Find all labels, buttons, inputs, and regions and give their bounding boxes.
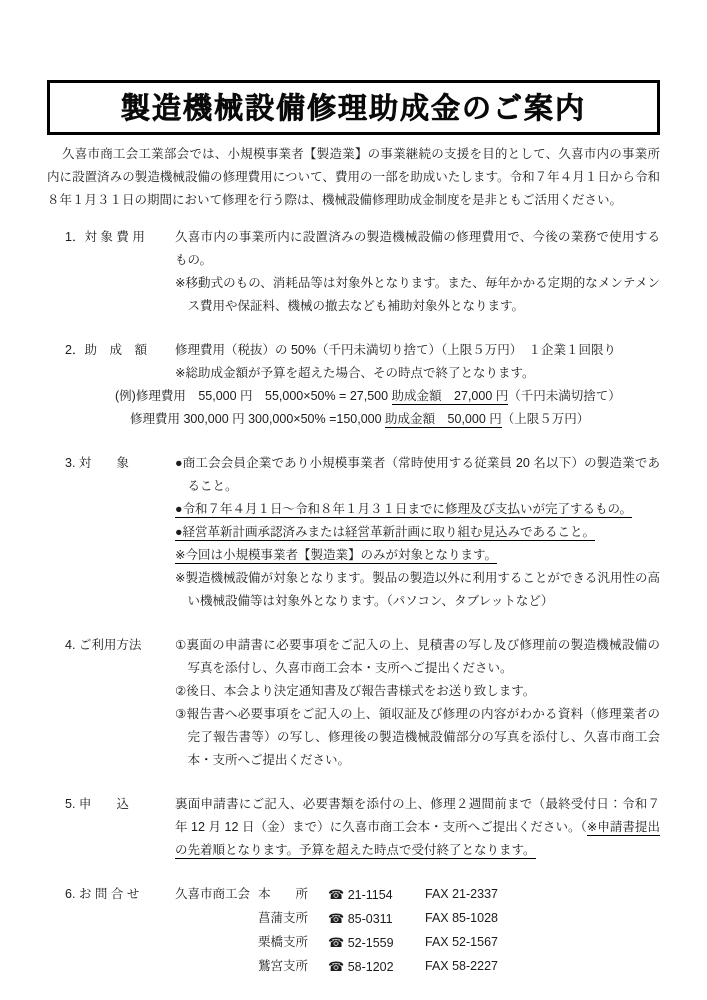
office-telephone: ☎ 21-1154 (328, 883, 425, 907)
fax-label: FAX (425, 887, 449, 901)
contact-organization-spacer (175, 931, 258, 955)
intro-paragraph: 久喜市商工会工業部会では、小規模事業者【製造業】の事業継続の支援を目的として、久… (47, 143, 660, 212)
eligibility-item-member: ●商工会会員企業であり小規模事業者（常時使用する従業員 20 名以下）の製造業で… (175, 452, 660, 498)
section-application: 5. 申 込 裏面申請書にご記入、必要書類を添付の上、修理２週間前まで（最終受付… (47, 793, 660, 862)
office-name: 本 所 (258, 883, 328, 907)
office-fax: FAX 21-2337 (425, 883, 660, 907)
section-subsidy-amount: 2．助 成 額 修理費用（税抜）の 50%（千円未満切り捨て）（上限５万円） １… (47, 339, 660, 431)
example-1-remark: （千円未満切捨て） (508, 389, 621, 403)
fax-label: FAX (425, 959, 449, 973)
fax-number: 21-2337 (452, 887, 498, 901)
contact-row-kurihashi-branch: 栗橋支所 ☎ 52-1559 FAX 52-1567 (175, 931, 660, 955)
fax-number: 85-1028 (452, 911, 498, 925)
telephone-number: 85-0311 (348, 912, 393, 926)
office-name: 菖蒲支所 (258, 907, 328, 931)
contact-organization-spacer (175, 955, 258, 979)
subsidy-example-1: (例)修理費用 55,000 円 55,000×50% = 27,500 助成金… (115, 385, 660, 408)
subsidy-rate-line: 修理費用（税抜）の 50%（千円未満切り捨て）（上限５万円） １企業１回限り (175, 339, 660, 362)
section-subsidy-amount-content: 修理費用（税抜）の 50%（千円未満切り捨て）（上限５万円） １企業１回限り ※… (175, 339, 660, 431)
phone-icon: ☎ (328, 959, 344, 974)
office-name: 鷲宮支所 (258, 955, 328, 979)
how-to-use-step-1: ①裏面の申請書に必要事項をご記入の上、見積書の写し及び修理前の製造機械設備の写真… (175, 634, 660, 680)
contact-row-shobu-branch: 菖蒲支所 ☎ 85-0311 FAX 85-1028 (175, 907, 660, 931)
fax-label: FAX (425, 911, 449, 925)
section-target-expenses: 1．対 象 費 用 久喜市内の事業所内に設置済みの製造機械設備の修理費用で、今後… (47, 226, 660, 318)
office-fax: FAX 85-1028 (425, 907, 660, 931)
section-eligibility-label: 3. 対 象 (47, 452, 175, 613)
example-2-remark: （上限５万円） (502, 412, 590, 426)
example-2-subsidy-amount: 助成金額 50,000 円 (385, 412, 502, 428)
telephone-number: 52-1559 (348, 936, 394, 950)
example-2-calculation: 修理費用 300,000 円 300,000×50% =150,000 (130, 412, 385, 426)
subsidy-example-2: 修理費用 300,000 円 300,000×50% =150,000 助成金額… (130, 408, 660, 431)
target-expenses-note: ※移動式のもの、消耗品等は対象外となります。また、毎年かかる定期的なメンテメンス… (175, 272, 660, 318)
phone-icon: ☎ (328, 887, 344, 902)
contact-list: 久喜市商工会 本 所 ☎ 21-1154 FAX 21-2337 菖蒲支所 ☎ … (175, 883, 660, 979)
section-eligibility-content: ●商工会会員企業であり小規模事業者（常時使用する従業員 20 名以下）の製造業で… (175, 452, 660, 613)
eligibility-item-period: ●令和７年４月１日～令和８年１月３１日までに修理及び支払いが完了するもの。 (175, 498, 660, 521)
section-contact: 6. お 問 合 せ 久喜市商工会 本 所 ☎ 21-1154 FAX 21-2… (47, 883, 660, 979)
target-expenses-body: 久喜市内の事業所内に設置済みの製造機械設備の修理費用で、今後の業務で使用するもの… (175, 226, 660, 272)
phone-icon: ☎ (328, 911, 344, 926)
section-target-expenses-label: 1．対 象 費 用 (47, 226, 175, 318)
telephone-number: 21-1154 (348, 888, 393, 902)
section-how-to-use: 4. ご利用方法 ①裏面の申請書に必要事項をご記入の上、見積書の写し及び修理前の… (47, 634, 660, 772)
telephone-number: 58-1202 (348, 960, 394, 974)
contact-row-washimiya-branch: 鷲宮支所 ☎ 58-1202 FAX 58-2227 (175, 955, 660, 979)
example-1-calculation: (例)修理費用 55,000 円 55,000×50% = 27,500 (115, 389, 392, 403)
section-how-to-use-content: ①裏面の申請書に必要事項をご記入の上、見積書の写し及び修理前の製造機械設備の写真… (175, 634, 660, 772)
section-how-to-use-label: 4. ご利用方法 (47, 634, 175, 772)
contact-row-head-office: 久喜市商工会 本 所 ☎ 21-1154 FAX 21-2337 (175, 883, 660, 907)
office-telephone: ☎ 52-1559 (328, 931, 425, 955)
phone-icon: ☎ (328, 935, 344, 950)
eligibility-note-manufacturing-only: ※今回は小規模事業者【製造業】のみが対象となります。 (175, 544, 660, 567)
eligibility-item-innovation-plan: ●経営革新計画承認済みまたは経営革新計画に取り組む見込みであること。 (175, 521, 660, 544)
how-to-use-step-3: ③報告書へ必要事項をご記入の上、領収証及び修理の内容がわかる資料（修理業者の完了… (175, 703, 660, 772)
office-telephone: ☎ 58-1202 (328, 955, 425, 979)
section-eligibility: 3. 対 象 ●商工会会員企業であり小規模事業者（常時使用する従業員 20 名以… (47, 452, 660, 613)
contact-organization-spacer (175, 907, 258, 931)
page-title: 製造機械設備修理助成金のご案内 (50, 86, 657, 127)
section-contact-label: 6. お 問 合 せ (47, 883, 175, 979)
office-name: 栗橋支所 (258, 931, 328, 955)
how-to-use-step-2: ②後日、本会より決定通知書及び報告書様式をお送り致します。 (175, 680, 660, 703)
fax-number: 52-1567 (452, 935, 498, 949)
section-application-label: 5. 申 込 (47, 793, 175, 862)
fax-label: FAX (425, 935, 449, 949)
application-instructions: 裏面申請書にご記入、必要書類を添付の上、修理２週間前まで（最終受付日：令和７年 … (175, 793, 660, 862)
fax-number: 58-2227 (452, 959, 498, 973)
section-target-expenses-content: 久喜市内の事業所内に設置済みの製造機械設備の修理費用で、今後の業務で使用するもの… (175, 226, 660, 318)
title-box: 製造機械設備修理助成金のご案内 (47, 80, 660, 135)
eligibility-note-equipment-scope: ※製造機械設備が対象となります。製品の製造以外に利用することができる汎用性の高い… (175, 567, 660, 613)
document-page: 製造機械設備修理助成金のご案内 久喜市商工会工業部会では、小規模事業者【製造業】… (0, 0, 707, 1000)
subsidy-budget-note: ※総助成金額が予算を超えた場合、その時点で終了となります。 (175, 362, 660, 385)
office-telephone: ☎ 85-0311 (328, 907, 425, 931)
office-fax: FAX 52-1567 (425, 931, 660, 955)
section-application-content: 裏面申請書にご記入、必要書類を添付の上、修理２週間前まで（最終受付日：令和７年 … (175, 793, 660, 862)
contact-organization: 久喜市商工会 (175, 883, 258, 907)
office-fax: FAX 58-2227 (425, 955, 660, 979)
example-1-subsidy-amount: 助成金額 27,000 円 (392, 389, 509, 405)
